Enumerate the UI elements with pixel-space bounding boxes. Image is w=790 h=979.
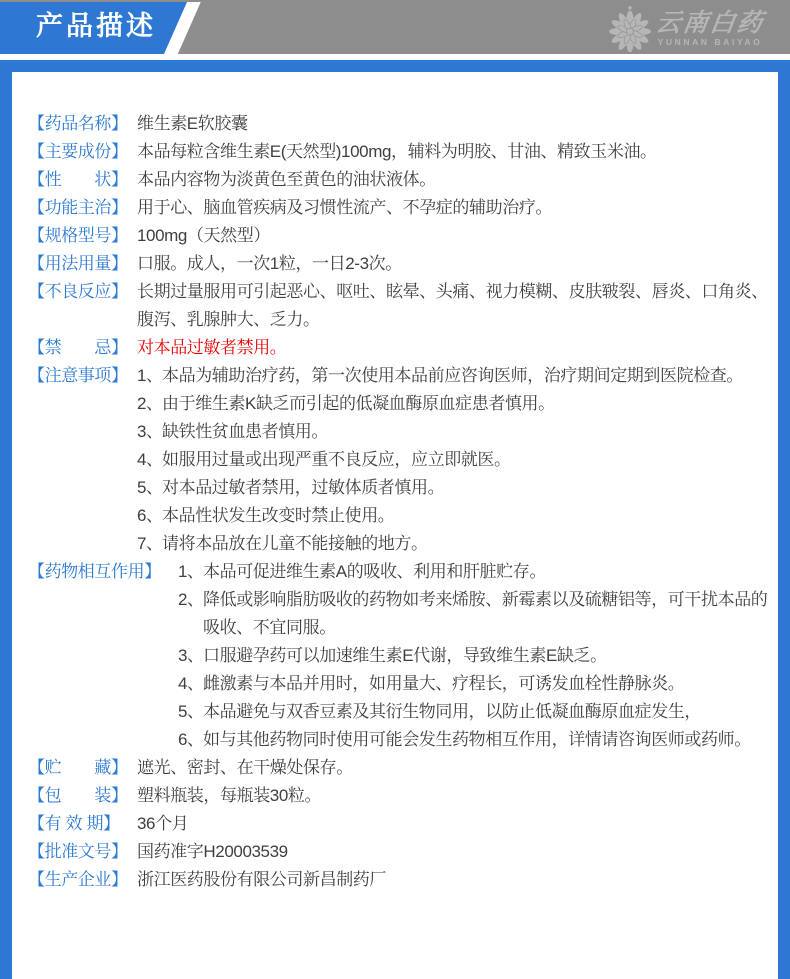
item-text: 如服用过量或出现严重不良反应，应立即就医。 [162, 446, 768, 474]
item-number: 5、 [178, 698, 203, 726]
field-label: 【规格型号】 [28, 222, 137, 250]
item-number: 2、 [178, 586, 203, 614]
field-row: 【注意事项】1、本品为辅助治疗药，第一次使用本品前应咨询医师，治疗期间定期到医院… [28, 362, 768, 558]
list-item: 3、口服避孕药可以加速维生素E代谢，导致维生素E缺乏。 [178, 642, 768, 670]
field-label: 【包 装】 [28, 782, 137, 810]
field-value: 遮光、密封、在干燥处保存。 [137, 754, 768, 782]
field-row: 【用法用量】口服。成人，一次1粒，一日2-3次。 [28, 250, 768, 278]
field-item-list: 1、本品为辅助治疗药，第一次使用本品前应咨询医师，治疗期间定期到医院检查。2、由… [137, 362, 768, 558]
field-value: 本品每粒含维生素E(天然型)100mg，辅料为明胶、甘油、精致玉米油。 [137, 138, 768, 166]
item-number: 4、 [137, 446, 162, 474]
list-item: 2、降低或影响脂肪吸收的药物如考来烯胺、新霉素以及硫糖铝等，可干扰本品的吸收、不… [178, 586, 768, 642]
item-text: 请将本品放在儿童不能接触的地方。 [162, 530, 768, 558]
brand-logo: 云南白药 YUNNAN BAIYAO [609, 3, 764, 53]
item-number: 3、 [137, 418, 162, 446]
field-label: 【用法用量】 [28, 250, 137, 278]
list-item: 4、雌激素与本品并用时，如用量大、疗程长，可诱发血栓性静脉炎。 [178, 670, 768, 698]
item-text: 对本品过敏者禁用，过敏体质者慎用。 [162, 474, 768, 502]
list-item: 1、本品可促进维生素A的吸收、利用和肝脏贮存。 [178, 558, 768, 586]
page-title: 产品描述 [36, 0, 156, 54]
field-value: 口服。成人，一次1粒，一日2-3次。 [137, 250, 768, 278]
product-description-page: 产品描述 [0, 0, 790, 979]
field-row: 【药物相互作用】1、本品可促进维生素A的吸收、利用和肝脏贮存。2、降低或影响脂肪… [28, 558, 768, 754]
field-label: 【药品名称】 [28, 110, 137, 138]
field-label: 【禁 忌】 [28, 334, 137, 362]
field-row: 【禁 忌】对本品过敏者禁用。 [28, 334, 768, 362]
field-label: 【主要成份】 [28, 138, 137, 166]
item-text: 由于维生素K缺乏而引起的低凝血酶原血症患者慎用。 [162, 390, 768, 418]
list-item: 2、由于维生素K缺乏而引起的低凝血酶原血症患者慎用。 [137, 390, 768, 418]
field-label: 【注意事项】 [28, 362, 137, 390]
field-row: 【药品名称】维生素E软胶囊 [28, 110, 768, 138]
field-item-list: 1、本品可促进维生素A的吸收、利用和肝脏贮存。2、降低或影响脂肪吸收的药物如考来… [178, 558, 768, 754]
field-row: 【规格型号】100mg（天然型） [28, 222, 768, 250]
field-row: 【有 效 期】36个月 [28, 810, 768, 838]
field-label: 【批准文号】 [28, 838, 137, 866]
field-row: 【生产企业】浙江医药股份有限公司新昌制药厂 [28, 866, 768, 894]
item-number: 7、 [137, 530, 162, 558]
item-text: 缺铁性贫血患者慎用。 [162, 418, 768, 446]
field-label: 【有 效 期】 [28, 810, 137, 838]
list-item: 6、如与其他药物同时使用可能会发生药物相互作用，详情请咨询医师或药师。 [178, 726, 768, 754]
field-value: 塑料瓶装，每瓶装30粒。 [137, 782, 768, 810]
item-text: 本品避免与双香豆素及其衍生物同用，以防止低凝血酶原血症发生， [203, 698, 768, 726]
field-row: 【贮 藏】遮光、密封、在干燥处保存。 [28, 754, 768, 782]
field-row: 【性 状】本品内容物为淡黄色至黄色的油状液体。 [28, 166, 768, 194]
item-number: 1、 [178, 558, 203, 586]
field-label: 【生产企业】 [28, 866, 137, 894]
field-value: 浙江医药股份有限公司新昌制药厂 [137, 866, 768, 894]
field-label: 【性 状】 [28, 166, 137, 194]
camellia-flower-icon [609, 4, 651, 52]
field-value: 对本品过敏者禁用。 [137, 334, 768, 362]
field-row: 【功能主治】用于心、脑血管疾病及习惯性流产、不孕症的辅助治疗。 [28, 194, 768, 222]
item-text: 本品为辅助治疗药，第一次使用本品前应咨询医师，治疗期间定期到医院检查。 [162, 362, 768, 390]
field-rows: 【药品名称】维生素E软胶囊【主要成份】本品每粒含维生素E(天然型)100mg，辅… [28, 110, 768, 894]
item-number: 2、 [137, 390, 162, 418]
list-item: 4、如服用过量或出现严重不良反应，应立即就医。 [137, 446, 768, 474]
brand-name-block: 云南白药 YUNNAN BAIYAO [656, 10, 764, 47]
list-item: 5、本品避免与双香豆素及其衍生物同用，以防止低凝血酶原血症发生， [178, 698, 768, 726]
item-number: 5、 [137, 474, 162, 502]
item-number: 6、 [137, 502, 162, 530]
field-value: 100mg（天然型） [137, 222, 768, 250]
field-label: 【贮 藏】 [28, 754, 137, 782]
item-text: 本品性状发生改变时禁止使用。 [162, 502, 768, 530]
field-value: 36个月 [137, 810, 768, 838]
item-text: 降低或影响脂肪吸收的药物如考来烯胺、新霉素以及硫糖铝等，可干扰本品的吸收、不宜同… [203, 586, 768, 642]
item-text: 本品可促进维生素A的吸收、利用和肝脏贮存。 [203, 558, 768, 586]
field-value: 用于心、脑血管疾病及习惯性流产、不孕症的辅助治疗。 [137, 194, 768, 222]
brand-name-cn: 云南白药 [654, 10, 766, 36]
field-value: 本品内容物为淡黄色至黄色的油状液体。 [137, 166, 768, 194]
blue-frame: 【药品名称】维生素E软胶囊【主要成份】本品每粒含维生素E(天然型)100mg，辅… [0, 60, 790, 979]
item-text: 如与其他药物同时使用可能会发生药物相互作用，详情请咨询医师或药师。 [203, 726, 768, 754]
page-header: 产品描述 [0, 0, 790, 54]
field-row: 【主要成份】本品每粒含维生素E(天然型)100mg，辅料为明胶、甘油、精致玉米油… [28, 138, 768, 166]
field-label: 【药物相互作用】 [28, 558, 178, 586]
list-item: 5、对本品过敏者禁用，过敏体质者慎用。 [137, 474, 768, 502]
field-label: 【不良反应】 [28, 278, 137, 306]
field-label: 【功能主治】 [28, 194, 137, 222]
brand-name-en: YUNNAN BAIYAO [658, 37, 763, 47]
list-item: 3、缺铁性贫血患者慎用。 [137, 418, 768, 446]
content-panel: 【药品名称】维生素E软胶囊【主要成份】本品每粒含维生素E(天然型)100mg，辅… [12, 72, 778, 979]
field-value: 国药准字H20003539 [137, 838, 768, 866]
field-row: 【不良反应】长期过量服用可引起恶心、呕吐、眩晕、头痛、视力模糊、皮肤皲裂、唇炎、… [28, 278, 768, 334]
field-row: 【批准文号】国药准字H20003539 [28, 838, 768, 866]
list-item: 1、本品为辅助治疗药，第一次使用本品前应咨询医师，治疗期间定期到医院检查。 [137, 362, 768, 390]
item-text: 雌激素与本品并用时，如用量大、疗程长，可诱发血栓性静脉炎。 [203, 670, 768, 698]
item-number: 6、 [178, 726, 203, 754]
list-item: 7、请将本品放在儿童不能接触的地方。 [137, 530, 768, 558]
item-number: 4、 [178, 670, 203, 698]
item-text: 口服避孕药可以加速维生素E代谢，导致维生素E缺乏。 [203, 642, 768, 670]
item-number: 3、 [178, 642, 203, 670]
field-value: 长期过量服用可引起恶心、呕吐、眩晕、头痛、视力模糊、皮肤皲裂、唇炎、口角炎、腹泻… [137, 278, 768, 334]
item-number: 1、 [137, 362, 162, 390]
field-value: 维生素E软胶囊 [137, 110, 768, 138]
field-row: 【包 装】塑料瓶装，每瓶装30粒。 [28, 782, 768, 810]
list-item: 6、本品性状发生改变时禁止使用。 [137, 502, 768, 530]
